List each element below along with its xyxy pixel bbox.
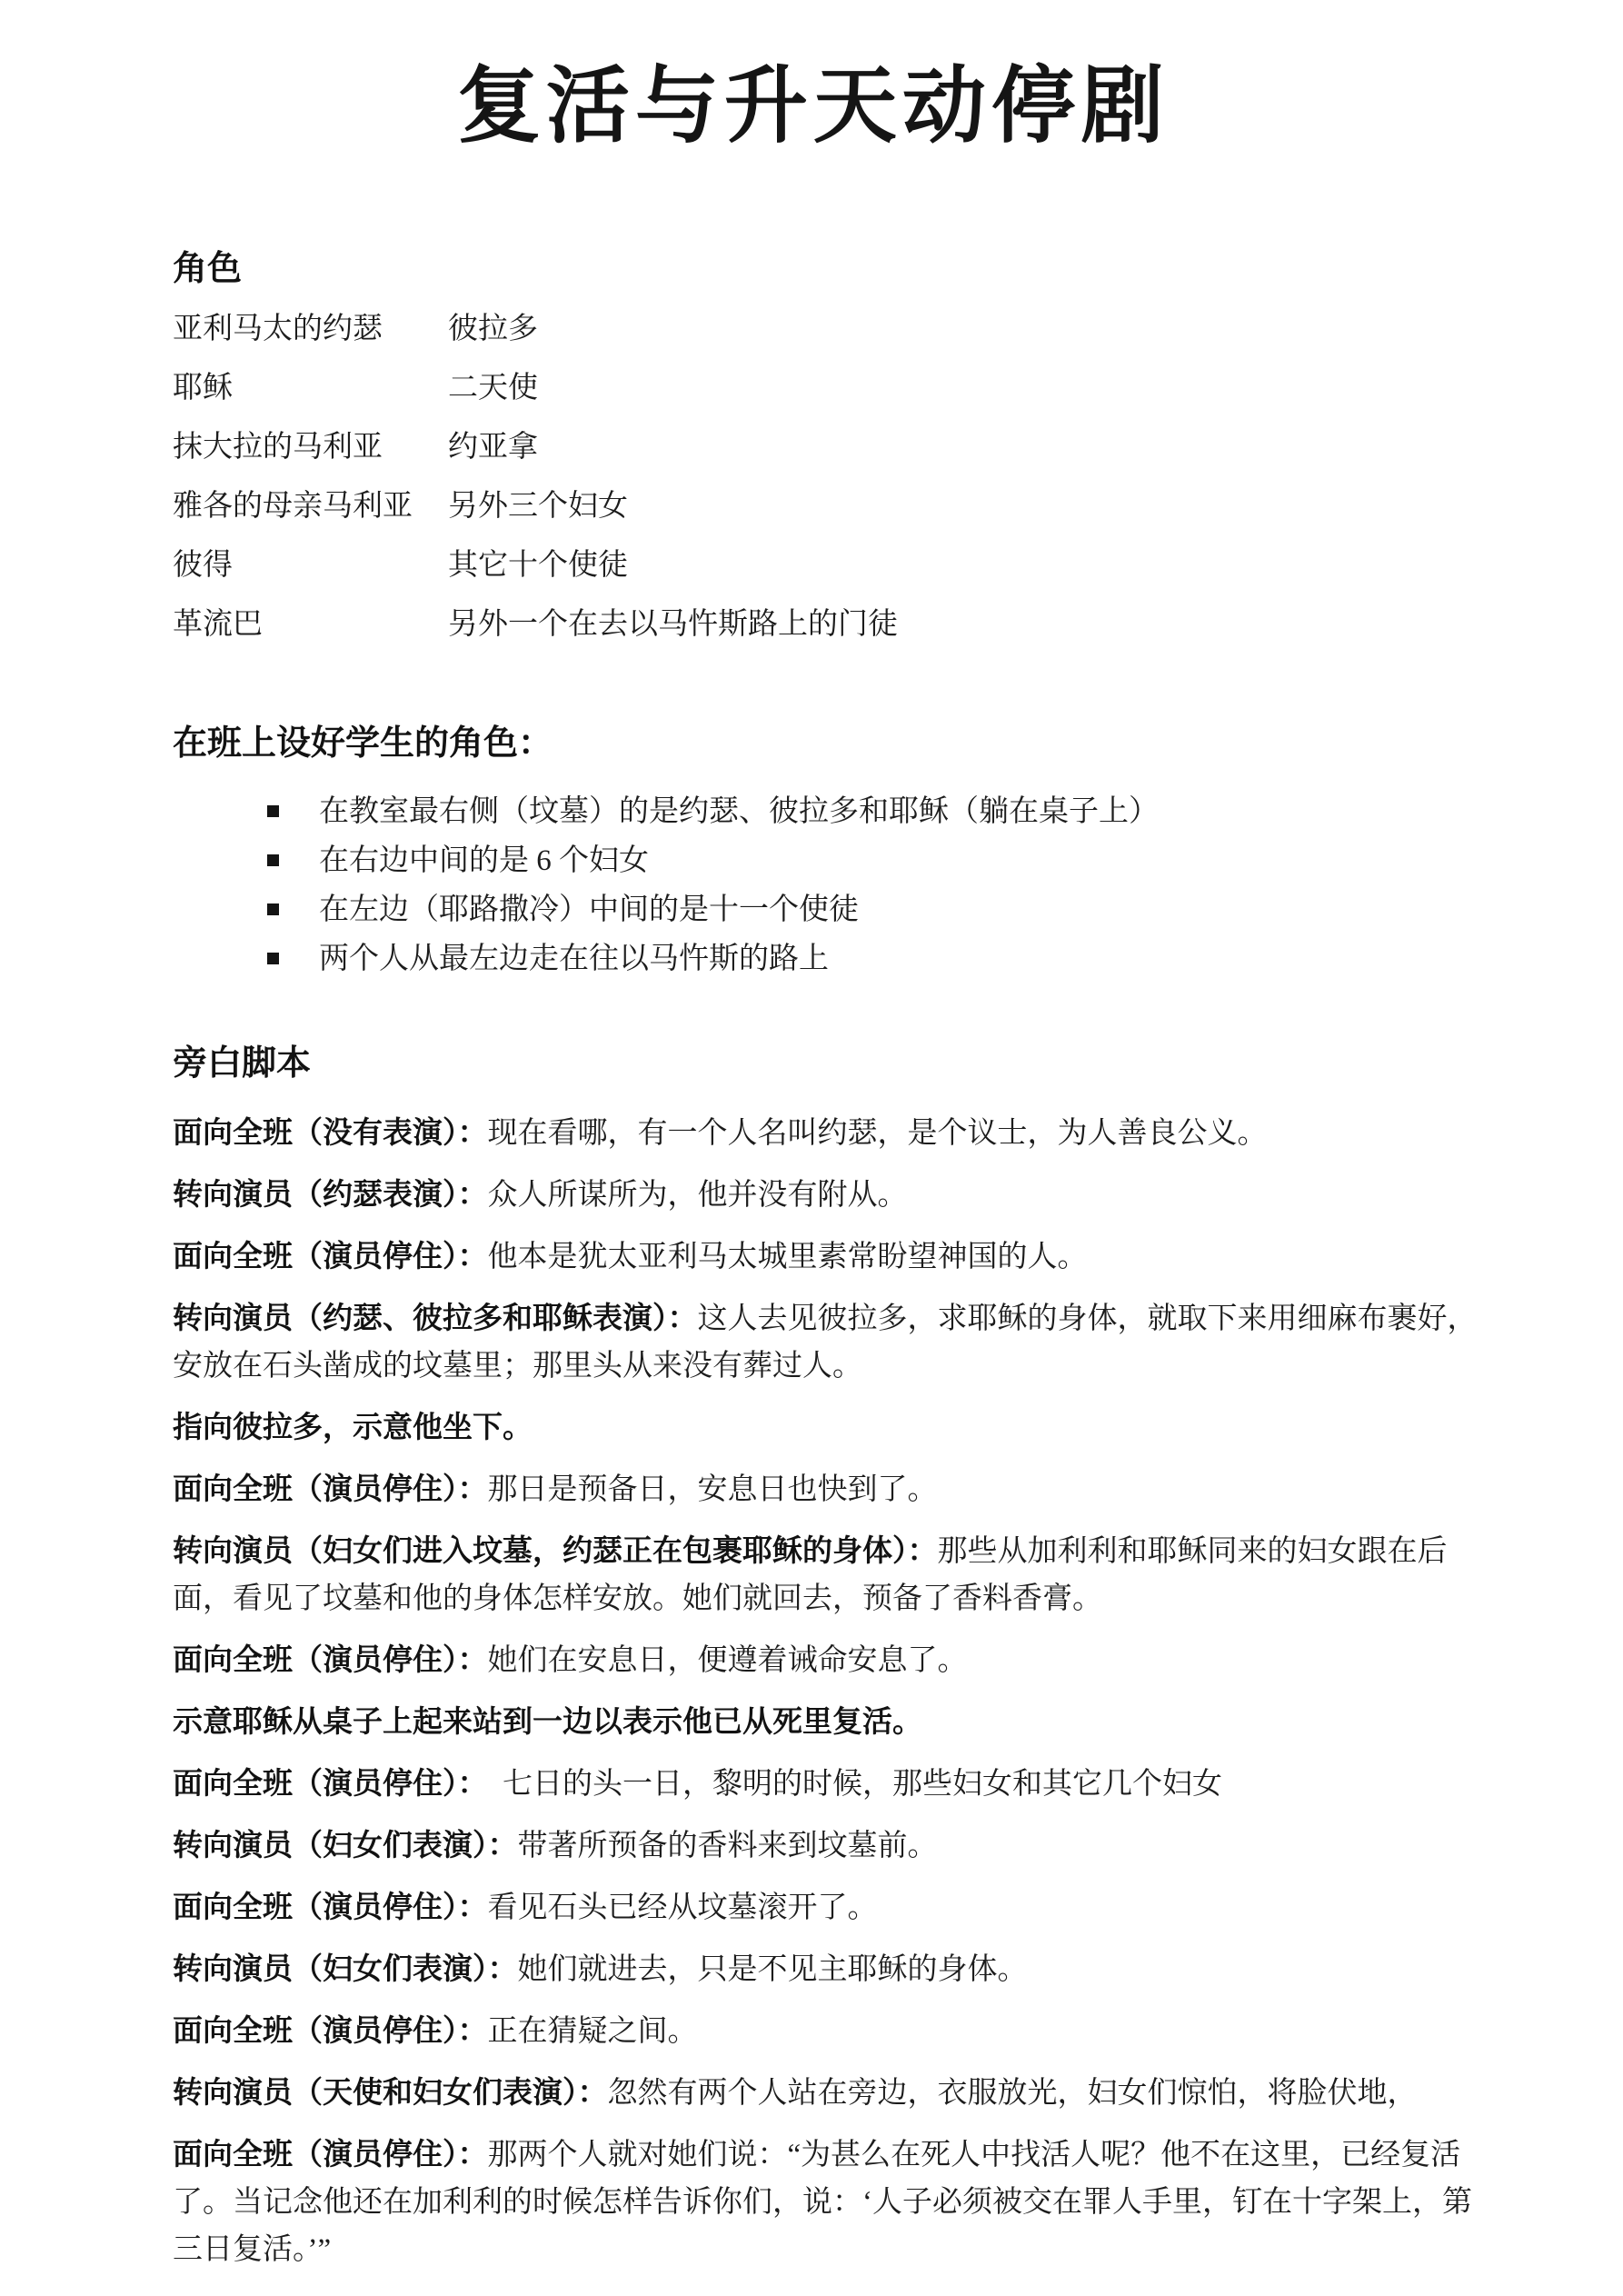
- script-line: 面向全班（演员停住）：正在猜疑之间。: [173, 2007, 1490, 2055]
- role-cell-left: 亚利马太的约瑟: [173, 300, 448, 359]
- narration-text: 众人所谋所为，他并没有附从。: [488, 1179, 908, 1212]
- script-line: 面向全班（演员停住）：他本是犹太亚利马太城里素常盼望神国的人。: [173, 1233, 1490, 1281]
- stage-direction-label: 指向彼拉多，示意他坐下。: [173, 1410, 533, 1443]
- stage-direction-label: 转向演员（约瑟、彼拉多和耶稣表演）：: [173, 1301, 698, 1334]
- narration-text: 七日的头一日，黎明的时候，那些妇女和其它几个妇女: [488, 1768, 1223, 1801]
- stage-direction-label: 转向演员（妇女们进入坟墓，约瑟正在包裹耶稣的身体）：: [173, 1533, 938, 1567]
- stage-direction-label: 面向全班（演员停住）：: [173, 1642, 488, 1676]
- bullet-square-icon: [267, 953, 279, 964]
- table-row: 抹大拉的马利亚 约亚拿: [173, 418, 1490, 477]
- script-line: 面向全班（演员停住）：那两个人就对她们说：“为甚么在死人中找活人呢？他不在这里，…: [173, 2131, 1490, 2273]
- stage-direction-label: 面向全班（演员停住）：: [173, 2013, 488, 2047]
- roles-heading: 角色: [173, 247, 1490, 291]
- stage-direction-label: 面向全班（演员停住）：: [173, 1239, 488, 1273]
- stage-direction-label: 面向全班（演员停住）：: [173, 1890, 488, 1923]
- bullet-text: 在右边中间的是 6 个妇女: [319, 836, 649, 885]
- script-line: 指向彼拉多，示意他坐下。: [173, 1403, 1490, 1452]
- list-item: 在右边中间的是 6 个妇女: [173, 836, 1490, 885]
- narration-script-section: 旁白脚本 面向全班（没有表演）：现在看哪，有一个人名叫约瑟，是个议士，为人善良公…: [173, 1042, 1490, 2273]
- list-item: 两个人从最左边走在往以马忤斯的路上: [173, 934, 1490, 983]
- role-cell-left: 彼得: [173, 536, 448, 595]
- stage-direction-label: 面向全班（没有表演）：: [173, 1115, 488, 1149]
- narration-text: 正在猜疑之间。: [488, 2015, 698, 2048]
- page-title: 复活与升天动停剧: [136, 47, 1490, 164]
- script-line: 转向演员（妇女们表演）：带著所预备的香料来到坟墓前。: [173, 1822, 1490, 1870]
- script-line: 面向全班（演员停住）：看见石头已经从坟墓滚开了。: [173, 1883, 1490, 1932]
- list-item: 在教室最右侧（坟墓）的是约瑟、彼拉多和耶稣（躺在桌子上）: [173, 787, 1490, 836]
- role-cell-left: 革流巴: [173, 595, 448, 654]
- narration-text: 忽然有两个人站在旁边，衣服放光，妇女们惊怕，将脸伏地，: [608, 2077, 1418, 2110]
- stage-direction-label: 转向演员（妇女们表演）：: [173, 1952, 518, 1985]
- bullet-square-icon: [267, 854, 279, 866]
- bullet-text: 在左边（耶路撒冷）中间的是十一个使徒: [319, 885, 859, 934]
- bullet-text: 在教室最右侧（坟墓）的是约瑟、彼拉多和耶稣（躺在桌子上）: [319, 787, 1159, 836]
- narration-text: 他本是犹太亚利马太城里素常盼望神国的人。: [488, 1241, 1088, 1273]
- script-heading: 旁白脚本: [173, 1042, 1490, 1085]
- role-cell-left: 耶稣: [173, 359, 448, 418]
- script-line: 转向演员（约瑟表演）：众人所谋所为，他并没有附从。: [173, 1171, 1490, 1219]
- narration-text: 带著所预备的香料来到坟墓前。: [518, 1830, 938, 1862]
- stage-direction-label: 示意耶稣从桌子上起来站到一边以表示他已从死里复活。: [173, 1704, 922, 1738]
- roles-table: 亚利马太的约瑟 彼拉多 耶稣 二天使 抹大拉的马利亚 约亚拿 雅各的母亲马利亚 …: [173, 300, 1490, 654]
- role-cell-right: 另外三个妇女: [448, 477, 1490, 536]
- stage-direction-label: 转向演员（天使和妇女们表演）：: [173, 2075, 608, 2109]
- bullet-square-icon: [267, 805, 279, 817]
- script-line: 面向全班（没有表演）：现在看哪，有一个人名叫约瑟，是个议士，为人善良公义。: [173, 1109, 1490, 1157]
- script-line: 转向演员（妇女们进入坟墓，约瑟正在包裹耶稣的身体）：那些从加利利和耶稣同来的妇女…: [173, 1527, 1490, 1622]
- table-row: 雅各的母亲马利亚 另外三个妇女: [173, 477, 1490, 536]
- role-cell-right: 约亚拿: [448, 418, 1490, 477]
- setup-bullet-list: 在教室最右侧（坟墓）的是约瑟、彼拉多和耶稣（躺在桌子上） 在右边中间的是 6 个…: [173, 787, 1490, 983]
- roles-section: 角色 亚利马太的约瑟 彼拉多 耶稣 二天使 抹大拉的马利亚 约亚拿 雅各的母亲马…: [173, 247, 1490, 654]
- stage-direction-label: 转向演员（妇女们表演）：: [173, 1828, 518, 1862]
- table-row: 革流巴 另外一个在去以马忤斯路上的门徒: [173, 595, 1490, 654]
- role-cell-left: 雅各的母亲马利亚: [173, 477, 448, 536]
- script-line: 面向全班（演员停住）：她们在安息日，便遵着诫命安息了。: [173, 1636, 1490, 1684]
- stage-direction-label: 面向全班（演员停住）：: [173, 1766, 488, 1800]
- narration-text: 看见石头已经从坟墓滚开了。: [488, 1892, 878, 1924]
- table-row: 耶稣 二天使: [173, 359, 1490, 418]
- stage-direction-label: 面向全班（演员停住）：: [173, 1472, 488, 1505]
- narration-text: 那日是预备日，安息日也快到了。: [488, 1473, 938, 1506]
- setup-section: 在班上设好学生的角色： 在教室最右侧（坟墓）的是约瑟、彼拉多和耶稣（躺在桌子上）…: [173, 722, 1490, 983]
- document-page: 复活与升天动停剧 角色 亚利马太的约瑟 彼拉多 耶稣 二天使 抹大拉的马利亚 约…: [0, 0, 1623, 2296]
- role-cell-left: 抹大拉的马利亚: [173, 418, 448, 477]
- bullet-text: 两个人从最左边走在往以马忤斯的路上: [319, 934, 829, 983]
- stage-direction-label: 转向演员（约瑟表演）：: [173, 1177, 488, 1211]
- table-row: 彼得 其它十个使徒: [173, 536, 1490, 595]
- role-cell-right: 二天使: [448, 359, 1490, 418]
- table-row: 亚利马太的约瑟 彼拉多: [173, 300, 1490, 359]
- role-cell-right: 彼拉多: [448, 300, 1490, 359]
- script-line: 面向全班（演员停住）：那日是预备日，安息日也快到了。: [173, 1465, 1490, 1513]
- script-line: 转向演员（妇女们表演）：她们就进去，只是不见主耶稣的身体。: [173, 1945, 1490, 1993]
- narration-text: 现在看哪，有一个人名叫约瑟，是个议士，为人善良公义。: [488, 1117, 1268, 1150]
- script-lines: 面向全班（没有表演）：现在看哪，有一个人名叫约瑟，是个议士，为人善良公义。 转向…: [173, 1109, 1490, 2273]
- script-line: 转向演员（天使和妇女们表演）：忽然有两个人站在旁边，衣服放光，妇女们惊怕，将脸伏…: [173, 2069, 1490, 2117]
- list-item: 在左边（耶路撒冷）中间的是十一个使徒: [173, 885, 1490, 934]
- role-cell-right: 其它十个使徒: [448, 536, 1490, 595]
- narration-text: 她们在安息日，便遵着诫命安息了。: [488, 1644, 968, 1677]
- role-cell-right: 另外一个在去以马忤斯路上的门徒: [448, 595, 1490, 654]
- script-line: 转向演员（约瑟、彼拉多和耶稣表演）：这人去见彼拉多，求耶稣的身体，就取下来用细麻…: [173, 1294, 1490, 1390]
- bullet-square-icon: [267, 903, 279, 915]
- narration-text: 她们就进去，只是不见主耶稣的身体。: [518, 1953, 1028, 1986]
- setup-heading: 在班上设好学生的角色：: [173, 722, 1490, 765]
- script-line: 示意耶稣从桌子上起来站到一边以表示他已从死里复活。: [173, 1698, 1490, 1746]
- script-line: 面向全班（演员停住）： 七日的头一日，黎明的时候，那些妇女和其它几个妇女: [173, 1760, 1490, 1808]
- stage-direction-label: 面向全班（演员停住）：: [173, 2137, 488, 2171]
